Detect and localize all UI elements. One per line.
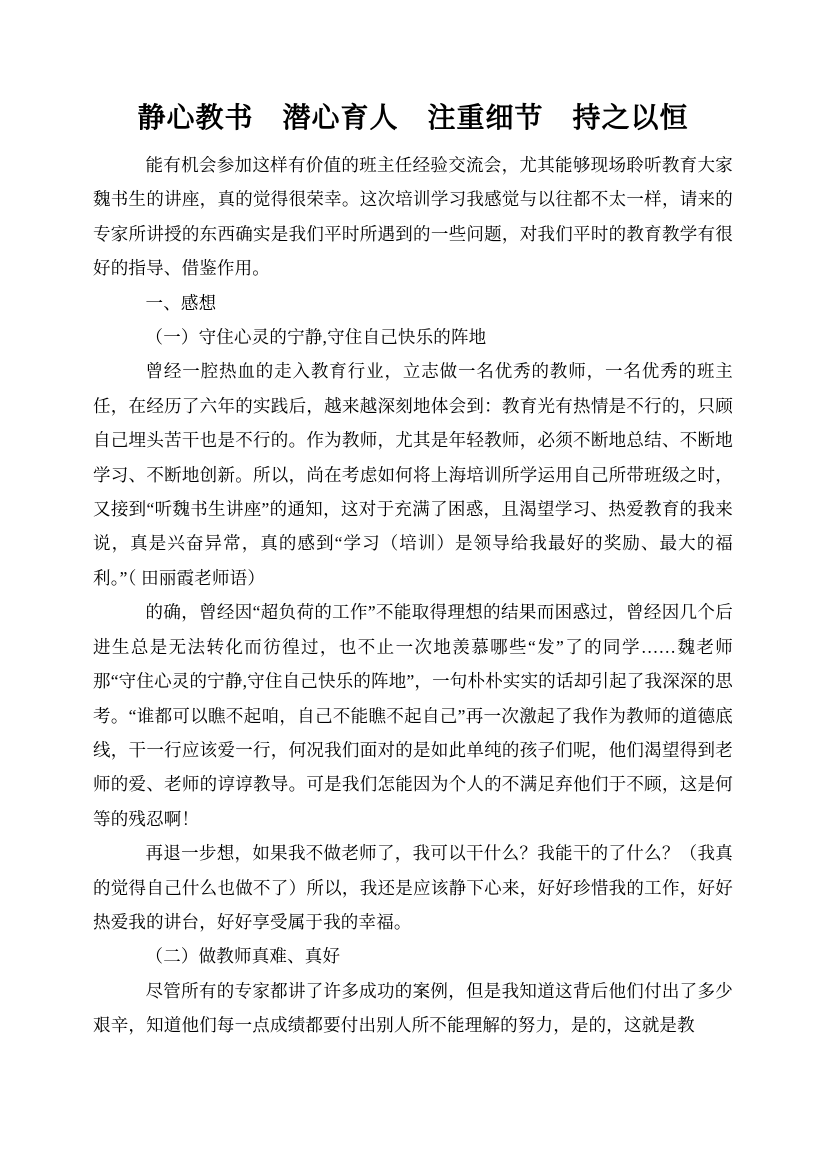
- text-block: 静心教书 潜心育人 注重细节 持之以恒 能有机会参加这样有价值的班主任经验交流会…: [93, 0, 733, 1043]
- paragraph-experience: 曾经一腔热血的走入教育行业，立志做一名优秀的教师，一名优秀的班主任，在经历了六年…: [93, 354, 733, 595]
- subsection-heading-1: （一）守住心灵的宁静,守住自己快乐的阵地: [93, 320, 733, 354]
- document-title: 静心教书 潜心育人 注重细节 持之以恒: [93, 0, 733, 139]
- paragraph-reflection: 的确，曾经因“超负荷的工作”不能取得理想的结果而困惑过，曾经因几个后进生总是无法…: [93, 595, 733, 836]
- paragraph-step-back: 再退一步想，如果我不做老师了，我可以干什么？我能干的了什么？（我真的觉得自己什么…: [93, 836, 733, 939]
- subsection-heading-2: （二）做教师真难、真好: [93, 939, 733, 973]
- section-heading-ganxiang: 一、感想: [93, 286, 733, 320]
- document-body: 能有机会参加这样有价值的班主任经验交流会，尤其能够现场聆听教育大家魏书生的讲座，…: [93, 148, 733, 1043]
- paragraph-experts: 尽管所有的专家都讲了许多成功的案例，但是我知道这背后他们付出了多少艰辛，知道他们…: [93, 974, 733, 1043]
- paragraph-intro: 能有机会参加这样有价值的班主任经验交流会，尤其能够现场聆听教育大家魏书生的讲座，…: [93, 148, 733, 286]
- document-page: 静心教书 潜心育人 注重细节 持之以恒 能有机会参加这样有价值的班主任经验交流会…: [0, 0, 827, 1169]
